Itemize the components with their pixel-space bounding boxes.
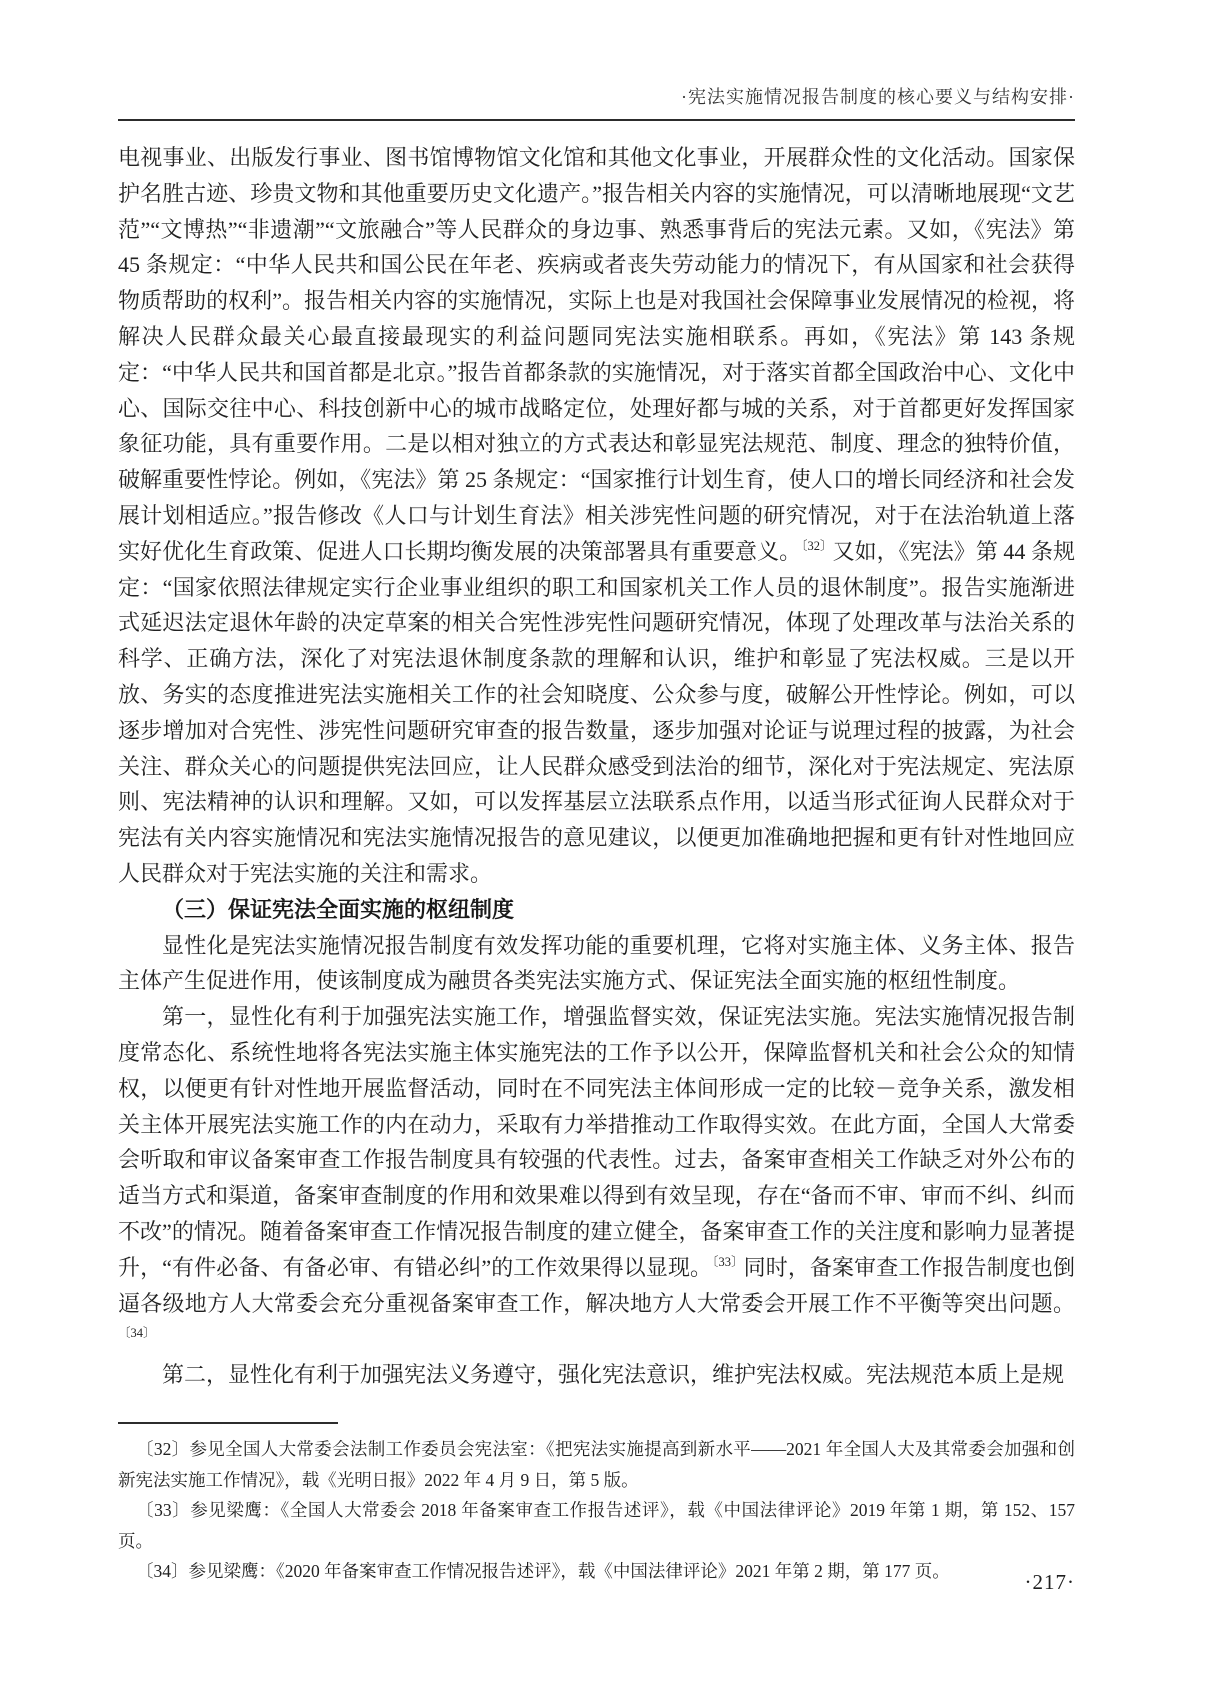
article-body: 电视事业、出版发行事业、图书馆博物馆文化馆和其他文化事业，开展群众性的文化活动。… [118,140,1075,1393]
paragraph: 电视事业、出版发行事业、图书馆博物馆文化馆和其他文化事业，开展群众性的文化活动。… [118,140,1075,892]
footnote-marker: 〔33〕 [712,1255,744,1269]
paragraph: 第二，显性化有利于加强宪法义务遵守，强化宪法意识，维护宪法权威。宪法规范本质上是… [118,1357,1075,1393]
footnote-rule [118,1422,338,1424]
document-page: ·宪法实施情况报告制度的核心要义与结构安排· 电视事业、出版发行事业、图书馆博物… [0,0,1217,1689]
section-heading: （三）保证宪法全面实施的枢纽制度 [118,892,1075,928]
page-number: ·217· [118,1570,1075,1595]
footnotes: 〔32〕参见全国人大常委会法制工作委员会宪法室：《把宪法实施提高到新水平——20… [118,1434,1075,1587]
footnote-marker: 〔34〕 [118,1326,156,1340]
paragraph: 第一，显性化有利于加强宪法实施工作，增强监督实效，保证宪法实施。宪法实施情况报告… [118,999,1075,1357]
header-rule [118,119,1075,121]
paragraph: 显性化是宪法实施情况报告制度有效发挥功能的重要机理，它将对实施主体、义务主体、报… [118,928,1075,1000]
footnote-marker: 〔32〕 [801,539,832,553]
footnote: 〔32〕参见全国人大常委会法制工作委员会宪法室：《把宪法实施提高到新水平——20… [118,1434,1075,1495]
running-title: ·宪法实施情况报告制度的核心要义与结构安排· [118,83,1075,109]
footnote: 〔33〕参见梁鹰：《全国人大常委会 2018 年备案审查工作报告述评》，载《中国… [118,1495,1075,1556]
